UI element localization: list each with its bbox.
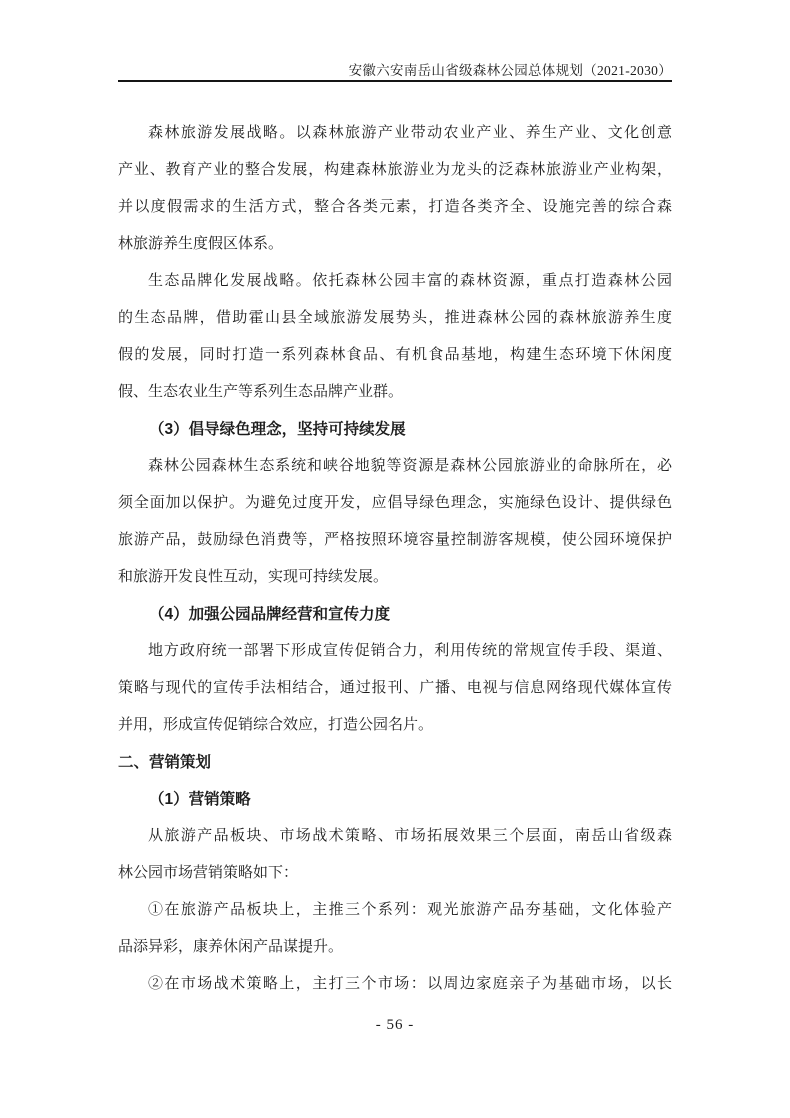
page-number: - 56 -	[0, 1017, 790, 1034]
heading-green-concept: （3）倡导绿色理念，坚持可持续发展	[118, 411, 672, 448]
body-text-line: 假的发展，同时打造一系列森林食品、有机食品基地，构建生态环境下休闲度	[118, 337, 672, 374]
body-text-line: 品添异彩，康养休闲产品谋提升。	[118, 929, 672, 966]
document-page: 安徽六安南岳山省级森林公园总体规划（2021-2030） 森林旅游发展战略。以森…	[0, 0, 790, 1118]
body-text-line: 地方政府统一部署下形成宣传促销合力，利用传统的常规宣传手段、渠道、	[118, 633, 672, 670]
body-text-line: 从旅游产品板块、市场战术策略、市场拓展效果三个层面，南岳山省级森	[118, 818, 672, 855]
body-text-line: 和旅游开发良性互动，实现可持续发展。	[118, 559, 672, 596]
body-text-line: 策略与现代的宣传手法相结合，通过报刊、广播、电视与信息网络现代媒体宣传	[118, 670, 672, 707]
body-text-line: 森林公园森林生态系统和峡谷地貌等资源是森林公园旅游业的命脉所在，必	[118, 448, 672, 485]
body-text-line: 产业、教育产业的整合发展，构建森林旅游业为龙头的泛森林旅游业产业构架，	[118, 152, 672, 189]
document-body: 森林旅游发展战略。以森林旅游产业带动农业产业、养生产业、文化创意 产业、教育产业…	[118, 115, 672, 1003]
body-text-line: 假、生态农业生产等系列生态品牌产业群。	[118, 374, 672, 411]
header-title: 安徽六安南岳山省级森林公园总体规划（2021-2030）	[118, 59, 672, 79]
body-text-line: ①在旅游产品板块上，主推三个系列：观光旅游产品夯基础，文化体验产	[118, 892, 672, 929]
heading-marketing-strategy: （1）营销策略	[118, 781, 672, 818]
body-text-line: 森林旅游发展战略。以森林旅游产业带动农业产业、养生产业、文化创意	[118, 115, 672, 152]
body-text-line: 的生态品牌，借助霍山县全域旅游发展势头，推进森林公园的森林旅游养生度	[118, 300, 672, 337]
body-text-line: 林公园市场营销策略如下：	[118, 855, 672, 892]
body-text-line: ②在市场战术策略上，主打三个市场：以周边家庭亲子为基础市场，以长	[118, 966, 672, 1003]
body-text-line: 须全面加以保护。为避免过度开发，应倡导绿色理念，实施绿色设计、提供绿色	[118, 485, 672, 522]
heading-brand-promotion: （4）加强公园品牌经营和宣传力度	[118, 596, 672, 633]
body-text-line: 并用，形成宣传促销综合效应，打造公园名片。	[118, 707, 672, 744]
body-text-line: 林旅游养生度假区体系。	[118, 226, 672, 263]
body-text-line: 并以度假需求的生活方式，整合各类元素，打造各类齐全、设施完善的综合森	[118, 189, 672, 226]
header-rule	[118, 80, 672, 82]
heading-marketing-planning: 二、营销策划	[118, 744, 672, 781]
body-text-line: 旅游产品，鼓励绿色消费等，严格按照环境容量控制游客规模，使公园环境保护	[118, 522, 672, 559]
body-text-line: 生态品牌化发展战略。依托森林公园丰富的森林资源，重点打造森林公园	[118, 263, 672, 300]
